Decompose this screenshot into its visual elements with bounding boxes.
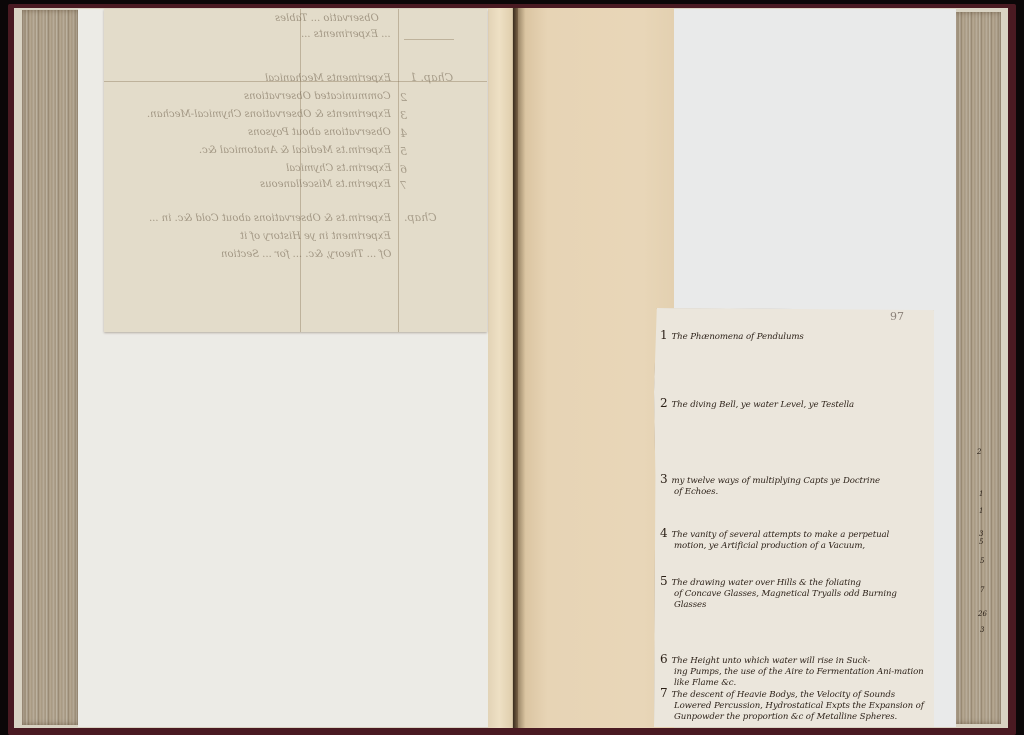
manuscript-entry: 1The Phænomena of Pendulums [660,330,928,343]
ghost-text-line: Experiment in ye History of it [240,231,391,242]
ghost-text-line: Communicated Observations [244,91,391,102]
ghost-text-line: Of ... Theory, &c. ... for ... Section [221,249,391,260]
ghost-margin-number: 2 [400,91,407,104]
manuscript-entry: 3my twelve ways of multiplying Capts ye … [660,474,928,498]
fore-edge-mark: 1 [979,507,983,515]
entry-text: my twelve ways of multiplying Capts ye D… [672,476,880,486]
left-guard-strip [488,8,516,728]
entry-number: 4 [660,526,668,540]
entry-continuation: ing Pumps, the use of the Aire to Fermen… [660,667,928,689]
entry-continuation: of Echoes. [660,487,928,498]
entry-text: The vanity of several attempts to make a… [672,530,890,540]
entry-text: The Height unto which water will rise in… [672,656,871,666]
entry-continuation: of Concave Glasses, Magnetical Tryalls o… [660,589,928,611]
entry-number: 3 [660,472,668,486]
right-guard-strip [516,8,674,728]
ghost-margin-number: 3 [400,109,407,122]
fore-edge-mark: 7 [980,586,984,594]
manuscript-entry: 7The descent of Heavie Bodys, the Veloci… [660,688,928,723]
manuscript-leaf: 97 1The Phænomena of Pendulums 2The divi… [654,308,934,727]
ghost-margin-number: 7 [400,179,407,192]
left-page-edges [22,10,78,725]
entry-continuation: motion, ye Artificial production of a Va… [660,541,928,552]
fore-edge-mark: 1 [979,490,983,498]
ghost-text-line: Experiments & Observations Chymical-Mech… [147,109,391,120]
offset-ghost-sheet: Observatio ... Tables ... Experiments ..… [104,9,487,332]
ghost-margin-number: 5 [400,145,407,158]
fore-edge-mark: 3 [980,626,984,634]
ghost-text-line: Observatio ... Tables [275,13,379,24]
fore-edge-mark: 2 [977,448,981,456]
manuscript-entry: 4The vanity of several attempts to make … [660,528,928,552]
ghost-text-line: Experim.ts & Observations about Cold &c.… [149,213,391,224]
manuscript-entry: 2The diving Bell, ye water Level, ye Tes… [660,398,928,411]
ghost-margin-number: 6 [400,163,407,176]
manuscript-entry: 6The Height unto which water will rise i… [660,654,928,689]
ghost-text-line: Experim.ts Medical & Anatomical &c. [199,145,391,156]
entry-text: The Phænomena of Pendulums [672,332,804,342]
ghost-margin-number: 4 [400,127,407,140]
ghost-margin-number: Chap. 1 [410,71,453,84]
right-page-edges: 2 1 1 3 5 5 7 26 3 [955,12,1001,724]
entry-continuation: Lowered Percussion, Hydrostatical Expts … [660,701,928,723]
ghost-margin-number: Chap. [404,211,437,224]
fore-edge-mark: 3 [979,530,983,538]
entry-number: 6 [660,652,668,666]
ghost-text-line: Experiments Mechanical [265,73,391,84]
ghost-text-line: ... Experiments ... [301,29,391,40]
fore-edge-mark: 26 [978,610,987,618]
ghost-text-line: Experim.ts Miscellaneous [260,179,391,190]
folio-number: 97 [890,310,904,323]
entry-number: 2 [660,396,668,410]
entry-number: 5 [660,574,668,588]
entry-number: 7 [660,686,668,700]
gutter-shadow [513,8,518,728]
margin-rule [404,39,454,40]
ghost-text-line: Experim.ts Chymical [286,163,391,174]
entry-text: The descent of Heavie Bodys, the Velocit… [672,690,896,700]
entry-text: The diving Bell, ye water Level, ye Test… [672,400,855,410]
manuscript-entry: 5The drawing water over Hills & the foli… [660,576,928,611]
ghost-text-line: Observations about Poysons [248,127,391,138]
margin-rule [398,9,399,332]
fore-edge-mark: 5 [979,538,983,546]
entry-text: The drawing water over Hills & the folia… [672,578,861,588]
entry-number: 1 [660,328,668,342]
fore-edge-mark: 5 [980,557,984,565]
